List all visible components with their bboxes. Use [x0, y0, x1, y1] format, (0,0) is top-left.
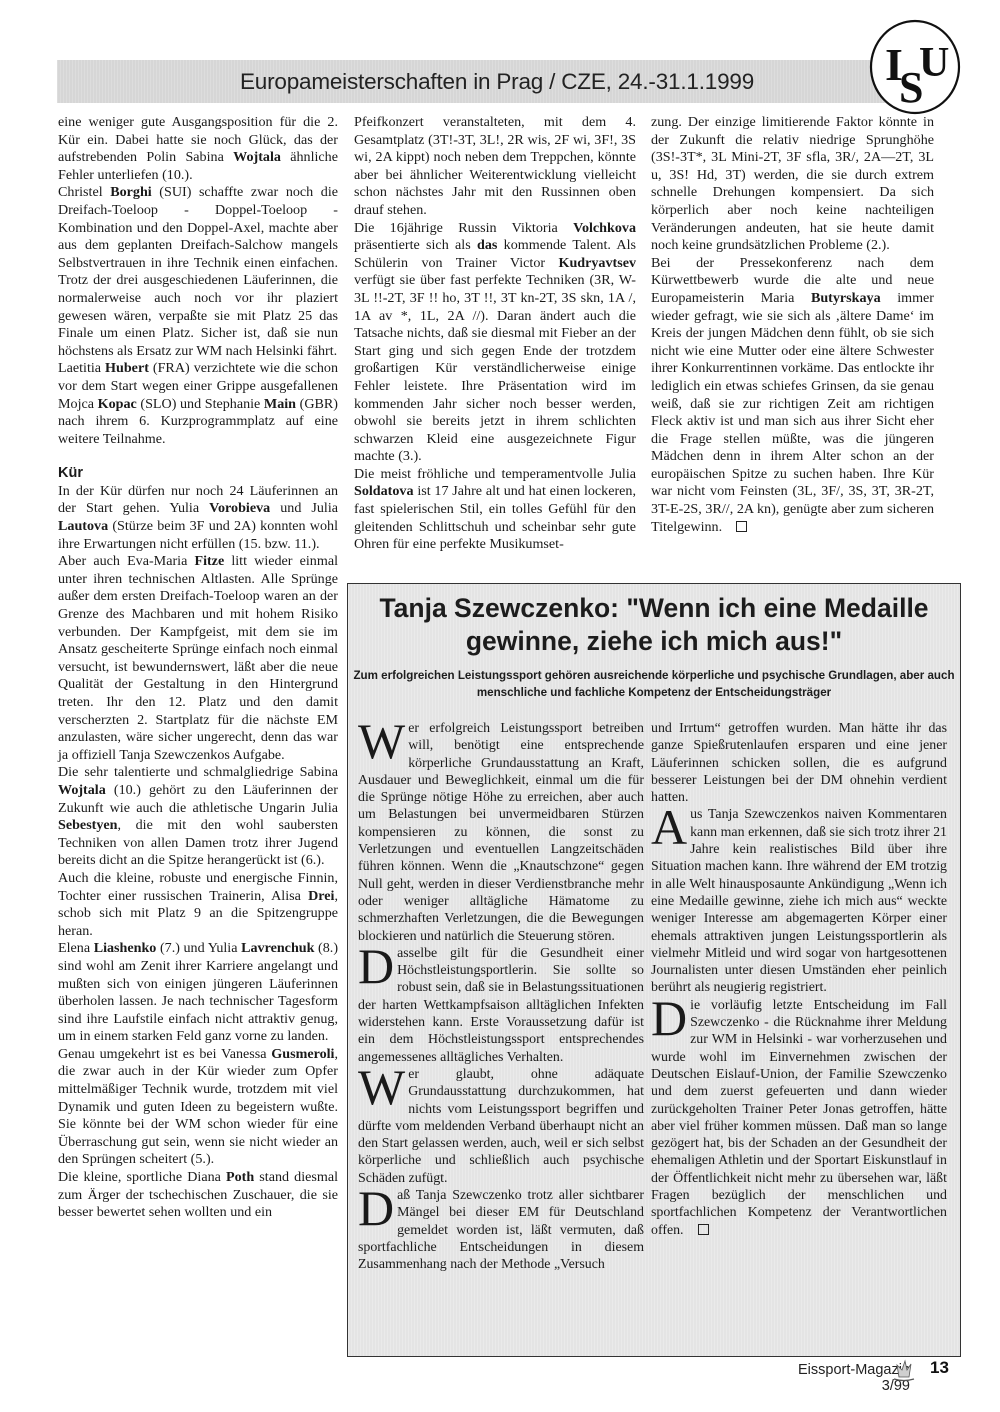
boxed-article-title: Tanja Szewczenko: "Wenn ich eine Medaill… — [348, 592, 960, 658]
drop-cap: D — [651, 999, 687, 1037]
paragraph: Die meist fröhliche und temperamentvolle… — [354, 466, 636, 554]
paragraph: In der Kür dürfen nur noch 24 Läuferinne… — [58, 483, 338, 553]
section-heading-kuer: Kür — [58, 465, 338, 483]
paragraph: Aus Tanja Szewczenkos naiven Kommentaren… — [651, 806, 947, 996]
boxed-article-column-2: und Irrtum“ getroffen wurden. Man hätte … — [651, 720, 947, 1239]
paragraph: zung. Der einzige limitierende Faktor kö… — [651, 114, 934, 255]
paragraph: Pfeifkonzert veranstalteten, mit dem 4. … — [354, 114, 636, 220]
paragraph: Die kleine, sportliche Diana Poth stand … — [58, 1169, 338, 1222]
paragraph: Elena Liashenko (7.) und Yulia Lavrenchu… — [58, 940, 338, 1046]
paragraph: Die vorläufig letzte Entscheidung im Fal… — [651, 997, 947, 1239]
paragraph: Daß Tanja Szewczenko trotz aller sichtba… — [358, 1187, 644, 1273]
paragraph: Bei der Pressekonferenz nach dem Kürwett… — [651, 255, 934, 537]
paragraph: Genau umgekehrt ist es bei Vanessa Gusme… — [58, 1046, 338, 1169]
drop-cap: A — [651, 808, 687, 846]
article-column-1: eine weniger gute Ausgangsposition für d… — [58, 114, 338, 1222]
boxed-article-column-1: Wer erfolgreich Leistungssport betreiben… — [358, 720, 644, 1274]
drop-cap: W — [358, 722, 405, 760]
paragraph: Christel Borghi (SUI) schaffte zwar noch… — [58, 184, 338, 360]
boxed-article-subtitle: Zum erfolgreichen Leistungssport gehören… — [348, 667, 960, 701]
drop-cap: W — [358, 1068, 405, 1106]
footer-magazine-issue: Eissport-Magazin 3/99 — [770, 1362, 910, 1394]
drop-cap: D — [358, 947, 394, 985]
column-1-kuer-paragraphs: In der Kür dürfen nur noch 24 Läuferinne… — [58, 483, 338, 1222]
paragraph: Dasselbe gilt für die Gesundheit einer H… — [358, 945, 644, 1066]
page-number: 13 — [930, 1358, 949, 1378]
drop-cap: D — [358, 1189, 394, 1227]
end-of-article-icon — [698, 1224, 709, 1235]
article-column-3: zung. Der einzige limitierende Faktor kö… — [651, 114, 934, 536]
boxed-article: Tanja Szewczenko: "Wenn ich eine Medaill… — [347, 583, 961, 1357]
paragraph: Auch die kleine, robuste und energische … — [58, 870, 338, 940]
paragraph: Die sehr talentierte und schmalgliedrige… — [58, 764, 338, 870]
skate-icon — [890, 1357, 918, 1385]
page-header-title: Europameisterschaften in Prag / CZE, 24.… — [57, 62, 937, 102]
column-2-paragraphs: Pfeifkonzert veranstalteten, mit dem 4. … — [354, 114, 636, 554]
paragraph: und Irrtum“ getroffen wurden. Man hätte … — [651, 720, 947, 806]
paragraph: Wer glaubt, ohne adäquate Grundausstattu… — [358, 1066, 644, 1187]
svg-text:U: U — [919, 40, 949, 86]
paragraph: eine weniger gute Ausgangsposition für d… — [58, 114, 338, 184]
isu-logo-icon: I S U — [868, 18, 962, 116]
paragraph: Laetitia Hubert (FRA) verzichtete wie di… — [58, 360, 338, 448]
article-column-2: Pfeifkonzert veranstalteten, mit dem 4. … — [354, 114, 636, 554]
paragraph: Die 16jährige Russin Viktoria Volchkova … — [354, 220, 636, 466]
paragraph: Wer erfolgreich Leistungssport betreiben… — [358, 720, 644, 945]
column-1-paragraphs: eine weniger gute Ausgangsposition für d… — [58, 114, 338, 448]
paragraph: Aber auch Eva-Maria Fitze litt wieder ei… — [58, 553, 338, 764]
end-of-article-icon — [736, 521, 747, 532]
column-3-paragraphs: zung. Der einzige limitierende Faktor kö… — [651, 114, 934, 536]
